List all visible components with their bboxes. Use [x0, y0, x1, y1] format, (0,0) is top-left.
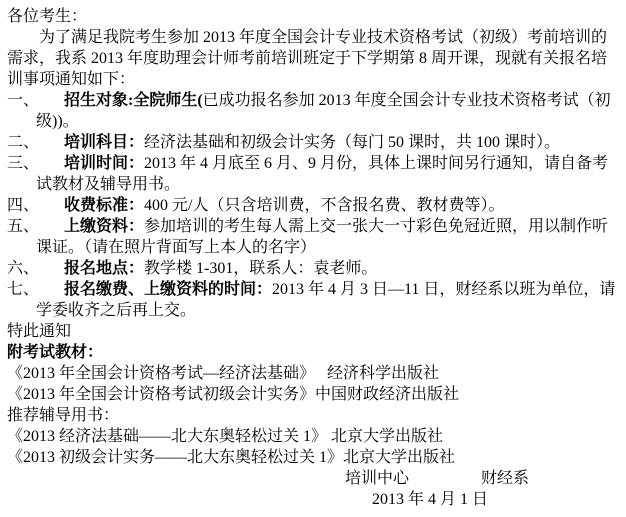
doc-text: 为了满足我院考生参加 2013 年度全国会计专业技术资格考试（初级）考前培训的	[39, 29, 607, 46]
doc-text: 课证。（请在照片背面写上本人的名字）	[36, 239, 316, 256]
doc-line: 特此通知	[7, 321, 620, 342]
doc-line: 三、培训时间：2013 年 4 月底至 6 月、9 月份，具体上课时间另行通知，…	[7, 153, 620, 174]
doc-line: 一、招生对象:全院师生(已成功报名参加 2013 年度全国会计专业技术资格考试（…	[7, 90, 620, 111]
doc-text: 级))。	[36, 113, 79, 130]
item-title: 报名地点：	[64, 260, 144, 277]
list-number: 六、	[7, 258, 64, 279]
doc-text: 2013 年 4 月 3 日—11 日，财经系以班为单位，请	[272, 281, 615, 298]
doc-line: 训事项通知如下：	[7, 69, 620, 90]
list-number: 五、	[7, 216, 64, 237]
doc-text: 2013 年 4 月 1 日	[372, 491, 488, 508]
doc-line: 五、上缴资料：参加培训的考生每人需上交一张大一寸彩色免冠近照，用以制作听	[7, 216, 620, 237]
item-title: 上缴资料：	[64, 218, 144, 235]
list-number: 七、	[7, 279, 64, 300]
doc-line: 需求，我系 2013 年度助理会计师考前培训班定于下学期第 8 周开课，现就有关…	[7, 48, 620, 69]
doc-text: 《2013 年全国会计资格考试—经济法基础》 经济科学出版社	[7, 365, 439, 382]
list-number: 二、	[7, 132, 64, 153]
doc-text: 《2013 初级会计实务——北大东奥轻松过关 1》北京大学出版社	[7, 449, 455, 466]
doc-line: 《2013 年全国会计资格考试初级会计实务》中国财政经济出版社	[7, 384, 620, 405]
doc-line: 各位考生：	[7, 6, 620, 27]
doc-line: 二、培训科目：经济法基础和初级会计实务（每门 50 课时，共 100 课时）。	[7, 132, 620, 153]
list-number: 三、	[7, 153, 64, 174]
doc-line: 《2013 年全国会计资格考试—经济法基础》 经济科学出版社	[7, 363, 620, 384]
doc-line: 试教材及辅导用书。	[7, 174, 620, 195]
doc-line: 为了满足我院考生参加 2013 年度全国会计专业技术资格考试（初级）考前培训的	[7, 27, 620, 48]
doc-line: 级))。	[7, 111, 620, 132]
notice-document: 各位考生：为了满足我院考生参加 2013 年度全国会计专业技术资格考试（初级）考…	[0, 0, 626, 517]
item-title: 招生对象:全院师生(	[64, 92, 203, 109]
doc-text: 2013 年 4 月底至 6 月、9 月份，具体上课时间另行通知，请自备考	[144, 155, 608, 172]
doc-line: 《2013 经济法基础——北大东奥轻松过关 1》 北京大学出版社	[7, 426, 620, 447]
doc-text: 《2013 经济法基础——北大东奥轻松过关 1》 北京大学出版社	[7, 428, 443, 445]
item-title: 报名缴费、上缴资料的时间：	[64, 281, 272, 298]
doc-text: 推荐辅导用书：	[7, 407, 119, 424]
doc-text: 教学楼 1-301，联系人：袁老师。	[144, 260, 377, 277]
doc-text: 各位考生：	[7, 8, 87, 25]
item-title: 培训科目：	[64, 134, 144, 151]
doc-text: 特此通知	[7, 323, 71, 340]
doc-text: 试教材及辅导用书。	[36, 176, 180, 193]
doc-line: 学委收齐之后再上交。	[7, 300, 620, 321]
doc-text: 财经系	[481, 470, 529, 487]
list-number: 一、	[7, 90, 64, 111]
doc-line: 附考试教材：	[7, 342, 620, 363]
doc-text: 训事项通知如下：	[7, 71, 135, 88]
doc-text: 参加培训的考生每人需上交一张大一寸彩色免冠近照，用以制作听	[144, 218, 608, 235]
doc-line: 课证。（请在照片背面写上本人的名字）	[7, 237, 620, 258]
doc-text: 需求，我系 2013 年度助理会计师考前培训班定于下学期第 8 周开课，现就有关…	[7, 50, 607, 67]
doc-line: 六、报名地点：教学楼 1-301，联系人：袁老师。	[7, 258, 620, 279]
list-number: 四、	[7, 195, 64, 216]
doc-text: 学委收齐之后再上交。	[36, 302, 196, 319]
doc-line: 四、收费标准：400 元/人（只含培训费，不含报名费、教材费等）。	[7, 195, 620, 216]
doc-line: 七、报名缴费、上缴资料的时间：2013 年 4 月 3 日—11 日，财经系以班…	[7, 279, 620, 300]
item-title: 附考试教材：	[7, 344, 103, 361]
item-title: 培训时间：	[64, 155, 144, 172]
document-body: 各位考生：为了满足我院考生参加 2013 年度全国会计专业技术资格考试（初级）考…	[7, 6, 620, 510]
item-title: 收费标准：	[64, 197, 144, 214]
doc-line: 2013 年 4 月 1 日	[7, 489, 620, 510]
doc-text: 经济法基础和初级会计实务（每门 50 课时，共 100 课时）。	[144, 134, 560, 151]
doc-line: 《2013 初级会计实务——北大东奥轻松过关 1》北京大学出版社	[7, 447, 620, 468]
doc-text: 400 元/人（只含培训费，不含报名费、教材费等）。	[144, 197, 504, 214]
doc-text: 已成功报名参加 2013 年度全国会计专业技术资格考试（初	[203, 92, 611, 109]
doc-line: 培训中心财经系	[7, 468, 620, 489]
doc-text: 《2013 年全国会计资格考试初级会计实务》中国财政经济出版社	[7, 386, 459, 403]
doc-line: 推荐辅导用书：	[7, 405, 620, 426]
doc-text: 培训中心	[345, 470, 409, 487]
